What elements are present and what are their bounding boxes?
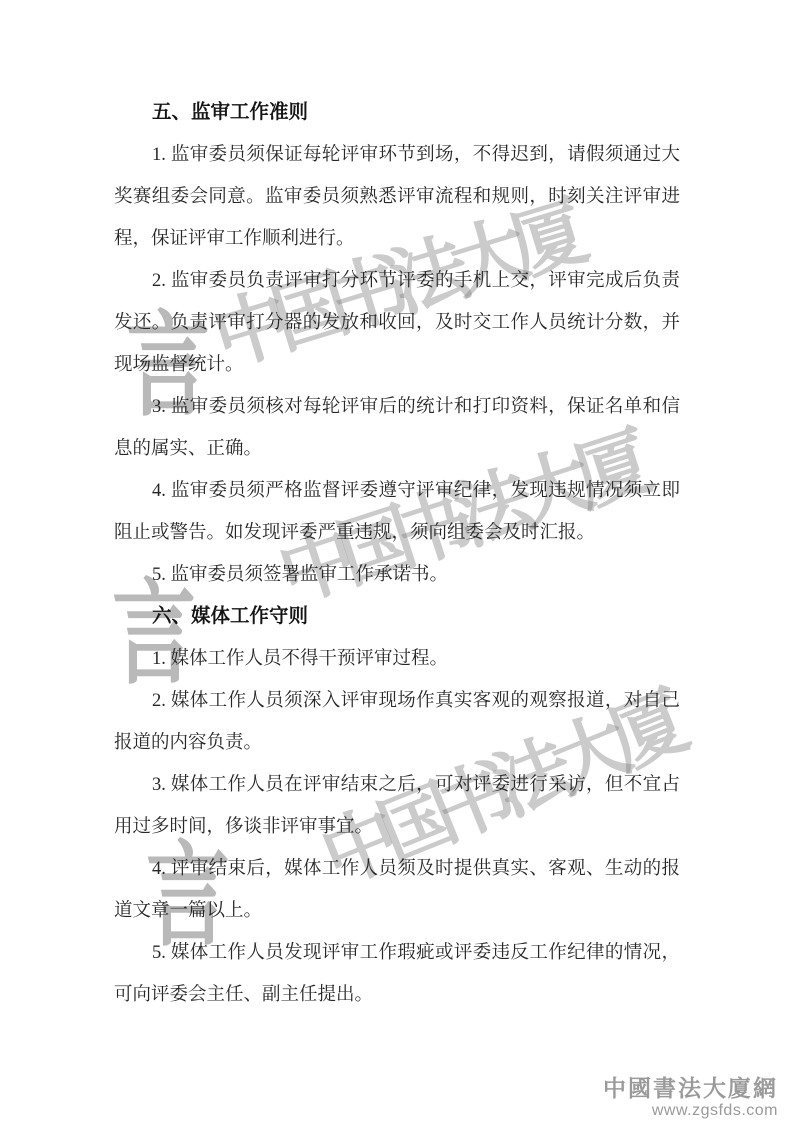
doc-line: 奖赛组委会同意。监审委员须熟悉评审流程和规则，时刻关注评审进 — [114, 176, 680, 218]
doc-line: 2. 媒体工作人员须深入评审现场作真实客观的观察报道，对自己 — [114, 680, 680, 722]
site-logo: 中國書法大廈網 www.zgsfds.com — [603, 1076, 778, 1119]
doc-line: 发还。负责评审打分器的发放和收回，及时交工作人员统计分数，并 — [114, 302, 680, 344]
site-logo-name: 中國書法大廈網 — [603, 1076, 778, 1102]
doc-line: 报道的内容负责。 — [114, 722, 680, 764]
doc-line: 4. 评审结束后，媒体工作人员须及时提供真实、客观、生动的报 — [114, 848, 680, 890]
document-page: 言 中国书法大厦 言 中国书法大厦 言 中国书法大厦 五、监审工作准则 1. 监… — [0, 0, 800, 1131]
section-heading-5: 五、监审工作准则 — [114, 92, 680, 134]
doc-line: 1. 监审委员须保证每轮评审环节到场，不得迟到，请假须通过大 — [114, 134, 680, 176]
doc-line: 用过多时间，侈谈非评审事宜。 — [114, 806, 680, 848]
doc-line: 1. 媒体工作人员不得干预评审过程。 — [114, 638, 680, 680]
doc-line: 4. 监审委员须严格监督评委遵守评审纪律，发现违规情况须立即 — [114, 470, 680, 512]
doc-line: 3. 监审委员须核对每轮评审后的统计和打印资料，保证名单和信 — [114, 386, 680, 428]
doc-line: 2. 监审委员负责评审打分环节评委的手机上交，评审完成后负责 — [114, 260, 680, 302]
doc-line: 5. 监审委员须签署监审工作承诺书。 — [114, 554, 680, 596]
doc-line: 可向评委会主任、副主任提出。 — [114, 974, 680, 1016]
doc-line: 3. 媒体工作人员在评审结束之后，可对评委进行采访，但不宜占 — [114, 764, 680, 806]
section-heading-6: 六、媒体工作守则 — [114, 596, 680, 638]
doc-line: 5. 媒体工作人员发现评审工作瑕疵或评委违反工作纪律的情况， — [114, 932, 680, 974]
doc-line: 道文章一篇以上。 — [114, 890, 680, 932]
doc-line: 程，保证评审工作顺利进行。 — [114, 218, 680, 260]
doc-line: 现场监督统计。 — [114, 344, 680, 386]
site-logo-url: www.zgsfds.com — [603, 1102, 778, 1119]
doc-line: 阻止或警告。如发现评委严重违规，须向组委会及时汇报。 — [114, 512, 680, 554]
document-body: 五、监审工作准则 1. 监审委员须保证每轮评审环节到场，不得迟到，请假须通过大 … — [114, 92, 680, 1016]
doc-line: 息的属实、正确。 — [114, 428, 680, 470]
